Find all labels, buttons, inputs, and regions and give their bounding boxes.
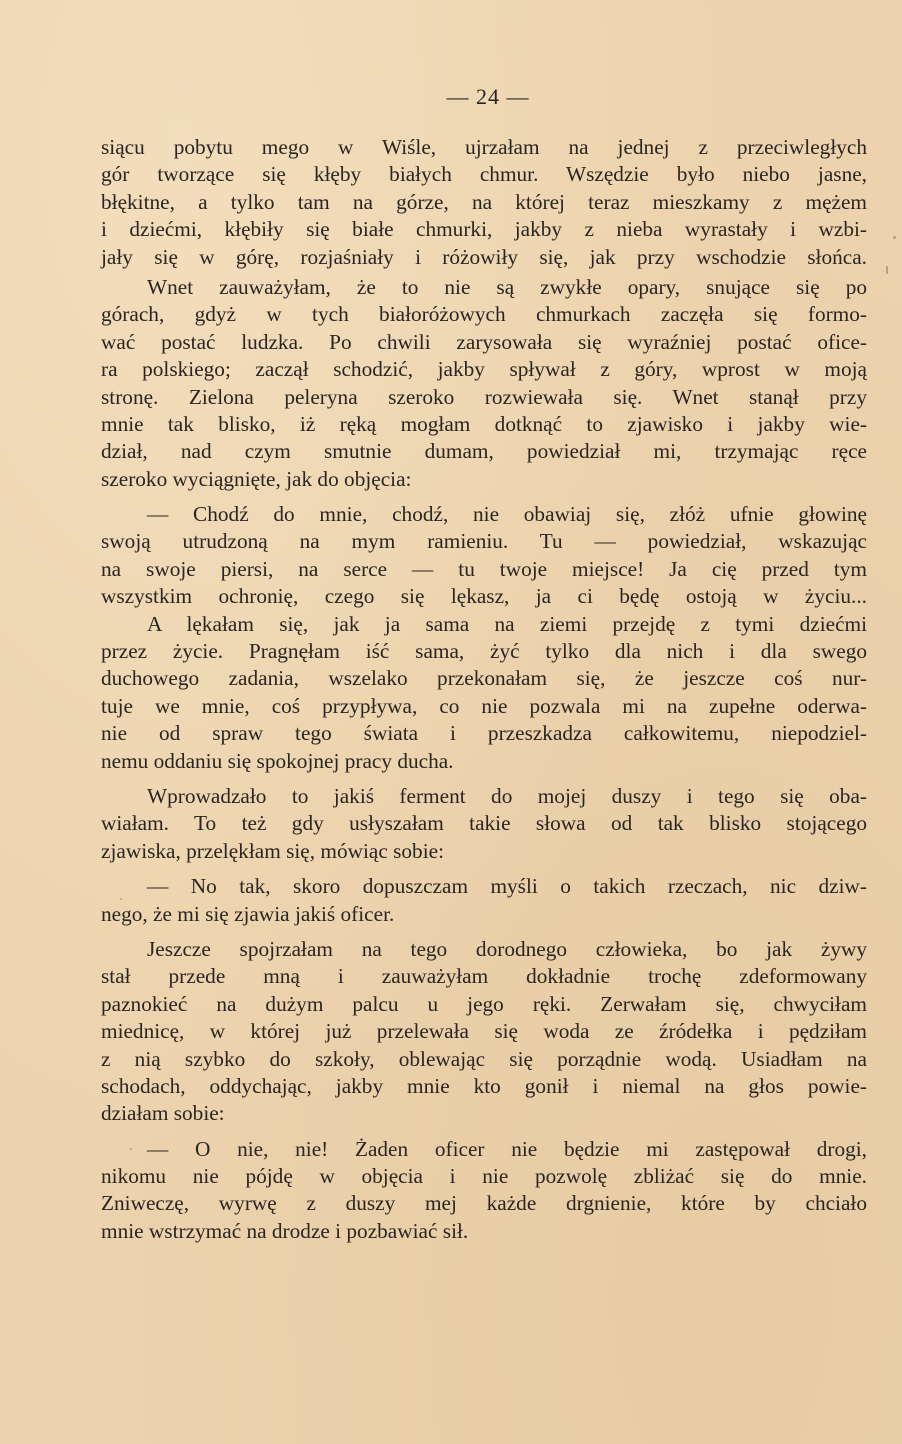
text-line: wszystkim ochronię, czego się lękasz, ja… (101, 583, 867, 610)
text-line: zjawiska, przelękłam się, mówiąc sobie: (101, 838, 867, 865)
text-line: — Chodź do mnie, chodź, nie obawiaj się,… (101, 501, 867, 528)
text-line: A lękałam się, jak ja sama na ziemi prze… (101, 611, 867, 638)
paragraph-gap (101, 493, 867, 501)
text-line: mnie wstrzymać na drodze i pozbawiać sił… (101, 1218, 867, 1245)
paper-speck (893, 236, 896, 239)
paper-speck (130, 1148, 132, 1150)
paragraph-gap (101, 1128, 867, 1136)
text-line: duchowego zadania, wszelako przekonałam … (101, 665, 867, 692)
text-line: siącu pobytu mego w Wiśle, ujrzałam na j… (101, 134, 867, 161)
text-line: miednicę, w której już przelewała się wo… (101, 1018, 867, 1045)
text-line: błękitne, a tylko tam na górze, na które… (101, 189, 867, 216)
text-line: nego, że mi się zjawia jakiś oficer. (101, 901, 867, 928)
paragraph-8: — O nie, nie! Żaden oficer nie będzie mi… (101, 1136, 867, 1246)
text-line: schodach, oddychając, jakby mnie kto gon… (101, 1073, 867, 1100)
text-line: na swoje piersi, na serce — tu twoje mie… (101, 556, 867, 583)
paper-speck (120, 898, 122, 900)
page-number: — 24 — (101, 82, 867, 112)
paragraph-1: siącu pobytu mego w Wiśle, ujrzałam na j… (101, 134, 867, 271)
text-line: Wnet zauważyłam, że to nie są zwykłe opa… (101, 274, 867, 301)
text-line: szeroko wyciągnięte, jak do objęcia: (101, 466, 867, 493)
text-line: swoją utrudzoną na mym ramieniu. Tu — po… (101, 528, 867, 555)
text-line: tuje we mnie, coś przypływa, co nie pozw… (101, 693, 867, 720)
text-line: stronę. Zielona peleryna szeroko rozwiew… (101, 384, 867, 411)
book-page: — 24 — siącu pobytu mego w Wiśle, ujrzał… (101, 82, 867, 1245)
text-line: Zniweczę, wyrwę z duszy mej każde drgnie… (101, 1190, 867, 1217)
text-line: dział, nad czym smutnie dumam, powiedzia… (101, 438, 867, 465)
text-line: i dziećmi, kłębiły się białe chmurki, ja… (101, 216, 867, 243)
text-line: — O nie, nie! Żaden oficer nie będzie mi… (101, 1136, 867, 1163)
text-line: stał przede mną i zauważyłam dokładnie t… (101, 963, 867, 990)
paragraph-gap (101, 865, 867, 873)
paragraph-6: — No tak, skoro dopuszczam myśli o takic… (101, 873, 867, 928)
text-line: nemu oddaniu się spokojnej pracy ducha. (101, 748, 867, 775)
text-line: nikomu nie pójdę w objęcia i nie pozwolę… (101, 1163, 867, 1190)
text-line: — No tak, skoro dopuszczam myśli o takic… (101, 873, 867, 900)
text-line: działam sobie: (101, 1100, 867, 1127)
paragraph-5: Wprowadzało to jakiś ferment do mojej du… (101, 783, 867, 865)
paragraph-3: — Chodź do mnie, chodź, nie obawiaj się,… (101, 501, 867, 611)
text-line: paznokieć na dużym palcu u jego ręki. Ze… (101, 991, 867, 1018)
text-line: górach, gdyż w tych białoróżowych chmurk… (101, 301, 867, 328)
text-line: mnie tak blisko, iż ręką mogłam dotknąć … (101, 411, 867, 438)
paragraph-7: Jeszcze spojrzałam na tego dorodnego czł… (101, 936, 867, 1128)
paragraph-gap (101, 775, 867, 783)
text-line: gór tworzące się kłęby białych chmur. Ws… (101, 161, 867, 188)
text-line: Wprowadzało to jakiś ferment do mojej du… (101, 783, 867, 810)
text-line: wać postać ludzka. Po chwili zarysowała … (101, 329, 867, 356)
text-line: jały się w górę, rozjaśniały i różowiły … (101, 244, 867, 271)
text-line: ra polskiego; zaczął schodzić, jakby spł… (101, 356, 867, 383)
paragraph-4: A lękałam się, jak ja sama na ziemi prze… (101, 611, 867, 775)
text-line: nie od spraw tego świata i przeszkadza c… (101, 720, 867, 747)
text-line: wiałam. To też gdy usłyszałam takie słow… (101, 810, 867, 837)
paragraph-gap (101, 928, 867, 936)
text-line: przez życie. Pragnęłam iść sama, żyć tyl… (101, 638, 867, 665)
text-line: Jeszcze spojrzałam na tego dorodnego czł… (101, 936, 867, 963)
text-line: z nią szybko do szkoły, oblewając się po… (101, 1046, 867, 1073)
paragraph-2: Wnet zauważyłam, że to nie są zwykłe opa… (101, 274, 867, 493)
paper-speck (886, 266, 888, 274)
